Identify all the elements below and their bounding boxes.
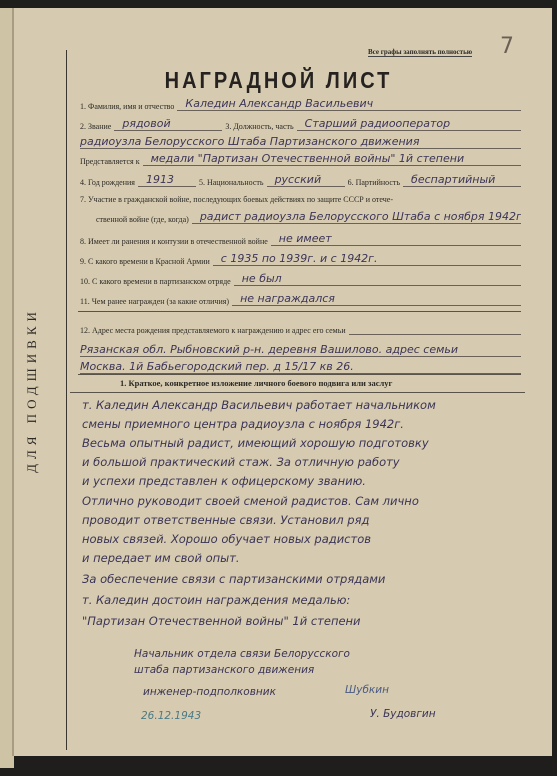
instruction-note: Все графы заполнять полностью	[368, 48, 472, 57]
narrative-line: За обеспечение связи с партизанскими отр…	[82, 570, 527, 589]
field-value: не имеет	[271, 232, 521, 246]
field-value: 1913	[138, 173, 196, 187]
field-value: не был	[234, 272, 521, 286]
signature: Шубкин	[345, 684, 389, 696]
narrative-line: и большой практический стаж. За отличную…	[82, 453, 527, 472]
field-value: Рязанская обл. Рыбновский р-н. деревня В…	[80, 343, 521, 357]
blank-line	[78, 311, 521, 312]
margin-line	[66, 50, 67, 750]
field-wounds: 8. Имеет ли ранения и контузии в отечест…	[80, 232, 521, 246]
field-label: 1. Фамилия, имя и отчество	[80, 102, 174, 111]
field-label: 10. С какого времени в партизанском отря…	[80, 277, 231, 286]
field-value: беспартийный	[403, 173, 521, 187]
field-value: Старший радиооператор	[297, 117, 521, 131]
field-value: Москва. 1й Бабьегородский пер. д 15/17 к…	[80, 360, 521, 374]
field-rank-position: 2. Звание рядовой 3. Должность, часть Ст…	[80, 117, 521, 131]
field-position-cont: радиоузла Белорусского Штаба Партизанско…	[80, 135, 521, 149]
narrative-line: т. Каледин Александр Васильевич работает…	[82, 396, 527, 415]
field-address: 12. Адрес места рождения представляемого…	[80, 326, 521, 335]
field-birth-nationality-party: 4. Год рождения 1913 5. Национальность р…	[80, 173, 521, 187]
field-label: 5. Национальность	[199, 178, 264, 187]
field-value: рядовой	[114, 117, 222, 131]
narrative-line: и успехи представлен к офицерскому звани…	[82, 472, 527, 491]
document-title: НАГРАДНОЙ ЛИСТ	[0, 68, 557, 94]
field-label: 9. С какого времени в Красной Армии	[80, 257, 210, 266]
field-address-line2: Москва. 1й Бабьегородский пер. д 15/17 к…	[80, 360, 521, 374]
field-label: 11. Чем ранее награжден (за какие отличи…	[80, 297, 229, 306]
field-value-blank	[349, 334, 521, 335]
signatory-title-line1: Начальник отдела связи Белорусского	[134, 648, 350, 660]
field-value: Каледин Александр Васильевич	[177, 97, 521, 111]
field-label: 6. Партийность	[348, 178, 400, 187]
spine-text: ДЛЯ ПОДШИВКИ	[24, 307, 40, 473]
field-red-army: 9. С какого времени в Красной Армии с 19…	[80, 252, 521, 266]
field-value: радист радиоузла Белорусского Штаба с но…	[192, 210, 521, 224]
narrative-line: Отлично руководит своей сменой радистов.…	[82, 492, 527, 511]
section-heading: 1. Краткое, конкретное изложение личного…	[120, 378, 392, 388]
field-label: 8. Имеет ли ранения и контузии в отечест…	[80, 237, 268, 246]
signatory-rank: инженер-подполковник	[143, 686, 276, 698]
field-label: ственной войне (где, когда)	[96, 215, 189, 224]
field-address-line1: Рязанская обл. Рыбновский р-н. деревня В…	[80, 343, 521, 357]
field-value: не награждался	[232, 292, 521, 306]
field-name: 1. Фамилия, имя и отчество Каледин Алекс…	[80, 97, 521, 111]
narrative-line: Весьма опытный радист, имеющий хорошую п…	[82, 434, 527, 453]
narrative-line: проводит ответственные связи. Установил …	[82, 511, 527, 530]
field-label: 4. Год рождения	[80, 178, 135, 187]
binding-margin-label: ДЛЯ ПОДШИВКИ	[12, 300, 52, 480]
field-partisan-unit: 10. С какого времени в партизанском отря…	[80, 272, 521, 286]
signature-date: 26.12.1943	[141, 710, 201, 722]
signatory-title-line2: штаба партизанского движения	[134, 664, 314, 676]
narrative-line: новых связей. Хорошо обучает новых радис…	[82, 530, 527, 549]
corner-mark: 7	[500, 34, 514, 59]
signatory-name: У. Будовгин	[370, 708, 436, 720]
field-nominated: Представляется к медали "Партизан Отечес…	[80, 152, 521, 166]
field-label: Представляется к	[80, 157, 140, 166]
narrative-line: "Партизан Отечественной войны" 1й степен…	[82, 612, 527, 631]
field-label: 2. Звание	[80, 122, 111, 131]
narrative-line: т. Каледин достоин награждения медалью:	[82, 591, 527, 610]
field-war-participation-cont: ственной войне (где, когда) радист радио…	[96, 210, 521, 224]
narrative-line: и передает им свой опыт.	[82, 549, 527, 568]
field-label: 7. Участие в гражданской войне, последую…	[80, 195, 393, 204]
field-value: радиоузла Белорусского Штаба Партизанско…	[80, 135, 521, 149]
field-war-participation: 7. Участие в гражданской войне, последую…	[80, 195, 521, 204]
narrative-line: смены приемного центра радиоузла с ноябр…	[82, 415, 527, 434]
section-rule	[70, 392, 525, 393]
field-value: медали "Партизан Отечественной войны" 1й…	[143, 152, 521, 166]
field-value: русский	[267, 173, 345, 187]
field-label: 12. Адрес места рождения представляемого…	[80, 326, 346, 335]
field-previous-awards: 11. Чем ранее награжден (за какие отличи…	[80, 292, 521, 306]
field-value: с 1935 по 1939г. и с 1942г.	[213, 252, 521, 266]
blank-line	[78, 374, 521, 375]
field-label: 3. Должность, часть	[225, 122, 293, 131]
